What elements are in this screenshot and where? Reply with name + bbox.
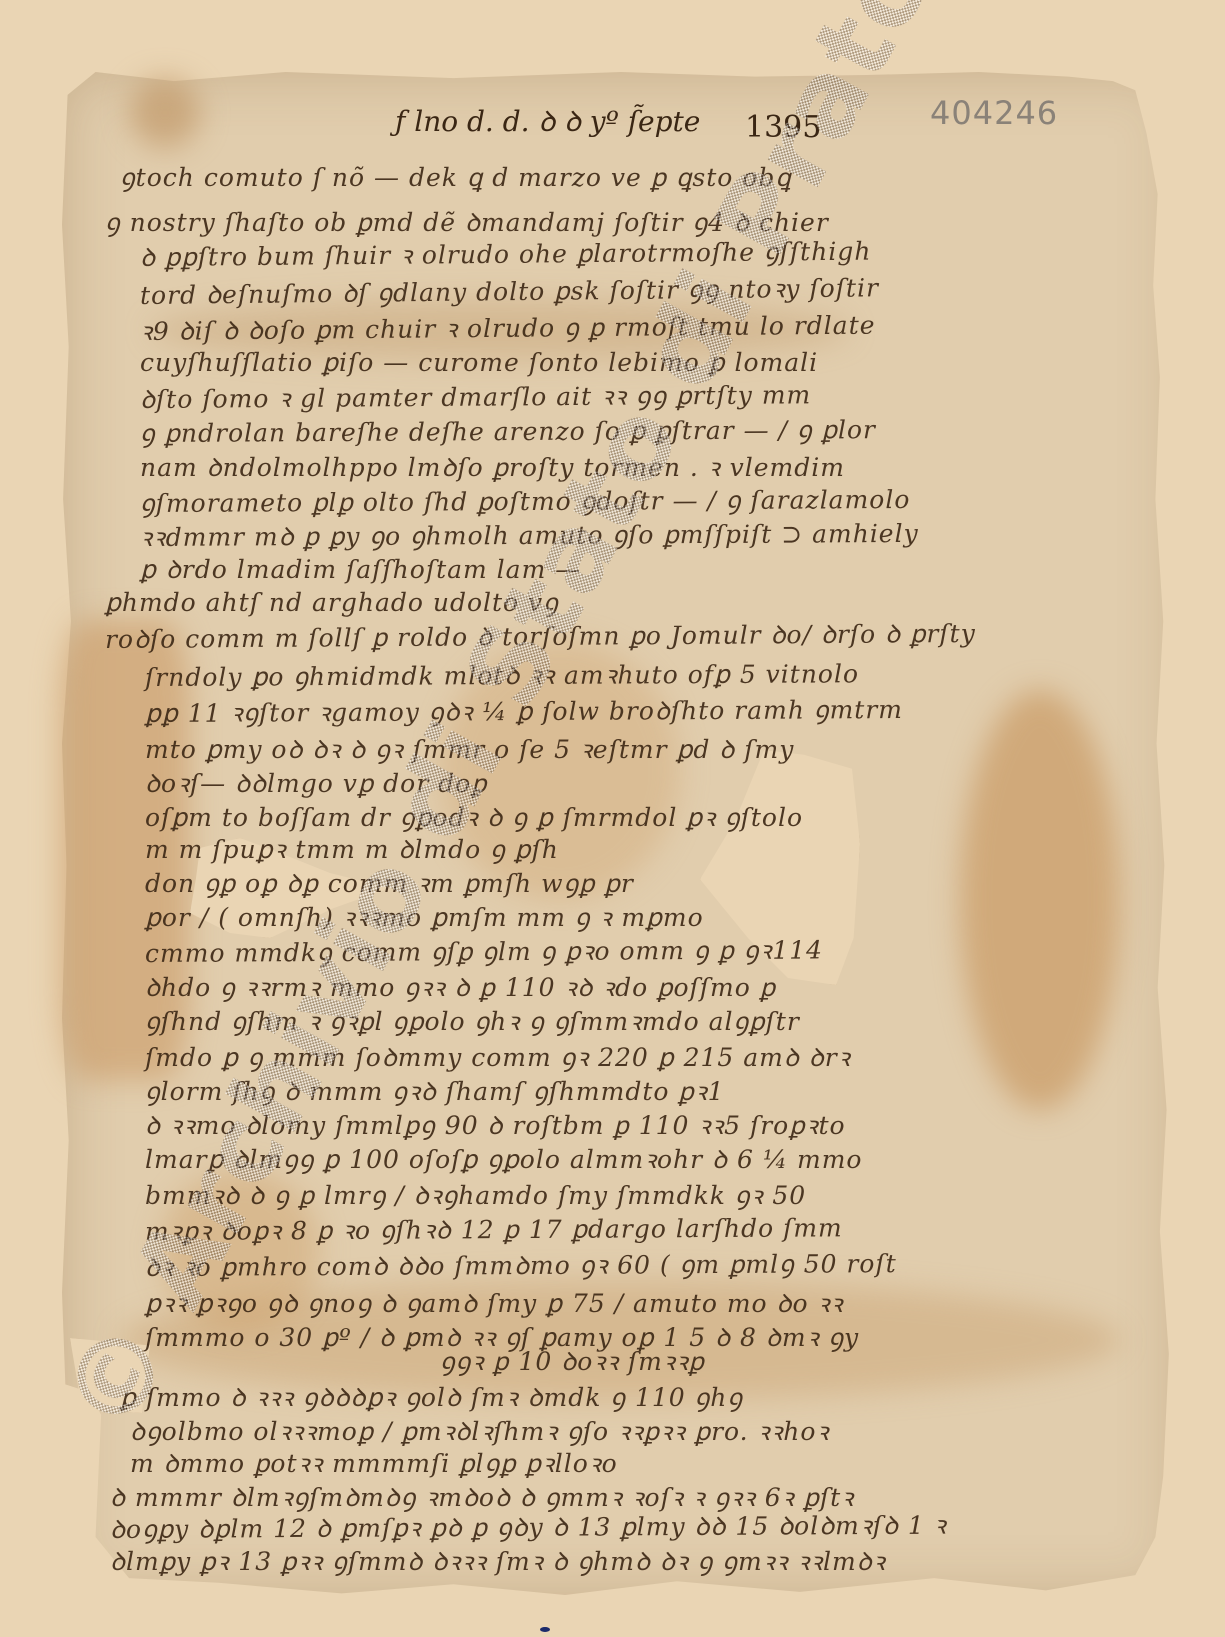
handwritten-line: cmmo mmdkꝯ comm ꝯſꝑ ꝯlm ꝯ ꝑꝛo omm ꝯ ꝑ ꝯꝛ… [145,932,823,970]
handwritten-line: ꝯtoch comuto ſ nõ — dek ꝗ d marzo ve ꝑ ꝗ… [120,160,792,194]
water-stain-right [960,690,1120,1110]
handwritten-line: ꝑꝛꝛ ꝑꝛꝯo ꝯꝺ ꝯnoꝯ ꝺ ꝯamꝺ ſmy ꝑ 75 / amuto… [145,1286,843,1320]
handwritten-line: ꝑ ſmmo ꝺ ꝛꝛꝛ ꝯꝺꝺꝺꝑꝛ ꝯolꝺ ſmꝛ ꝺmdk ꝯ 110 … [120,1380,743,1414]
handwritten-line: ꝯꝯꝛ ꝑ 10 ꝺoꝛꝛ ſmꝛꝛꝑ [440,1344,705,1378]
archive-number: 404246 [930,94,1058,132]
ink-blot [540,1627,550,1632]
handwritten-line: m ꝺmmo ꝑotꝛꝛ mmmmſi ꝑlꝯꝑ ꝑꝛlloꝛo [130,1446,618,1480]
handwritten-line: ꝺlmꝑy ꝑꝛ 13 ꝑꝛꝛ ꝯſmmꝺ ꝺꝛꝛꝛ ſmꝛ ꝺ ꝯhmꝺ ꝺꝛ… [110,1544,886,1578]
handwritten-line: ꝺꝛ ꝛo ꝑmhro comꝺ ꝺꝺo ſmmꝺmo ꝯꝛ 60 ( ꝯm ꝑ… [145,1246,897,1284]
handwritten-line: nam ꝺndolmolhppo lmꝺſo ꝑroſty tormen . ꝛ… [140,450,845,484]
handwritten-line: ꝯ ꝑndrolan bareſhe deſhe arenzo ſo ꝑ ꝑſt… [140,412,876,450]
water-stain-top-left [130,78,200,148]
handwritten-line: ꝺhdo ꝯ ꝛꝛrmꝛ mmo ꝯꝛꝛ ꝺ ꝑ 110 ꝛꝺ ꝛdo ꝑoſſ… [145,970,776,1004]
handwritten-line: ꝺoꝯꝑy ꝺꝑlm 12 ꝺ ꝑmſꝑꝛ ꝑꝺ ꝑ ꝯꝺy ꝺ 13 ꝑlmy… [110,1508,947,1546]
letter-heading: ƒ lno d. d. ꝺ ꝺ yº ſ̃epte [395,102,700,140]
handwritten-line: ꝺꝯolbmo olꝛꝛꝛmoꝑ / ꝑmꝛꝺlꝛſhmꝛ ꝯſo ꝛꝛꝑꝛꝛ … [130,1414,829,1448]
